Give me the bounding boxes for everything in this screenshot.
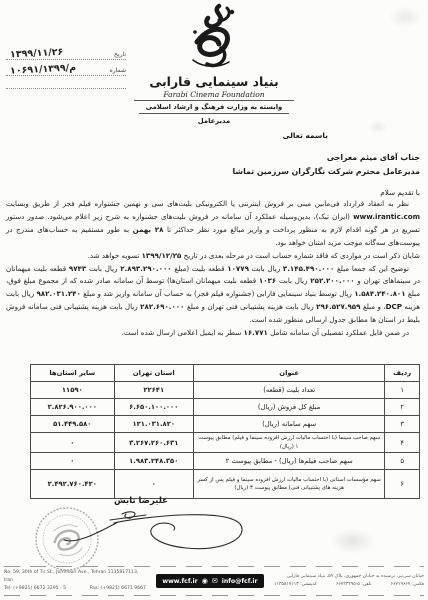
others-value: ۵۱.۴۴۹.۵۸۰ bbox=[31, 416, 115, 433]
postal-code-fa: کدپستی: ۱۱۳۵۸۱۷۱۱۳ bbox=[274, 581, 317, 589]
table-row: ۳ سهم سامانه (ریال) ۱۲۱.۰۳۱.۸۲۰ ۵۱.۴۴۹.۵… bbox=[31, 416, 420, 433]
col-header-title: عنوان bbox=[193, 365, 384, 382]
table-row: ۲ مبلغ کل فروش (ریال) ۶.۶۵۰.۱۰۰.۰۰۰ ۲.۸۲… bbox=[31, 399, 420, 416]
handwritten-signature-icon bbox=[26, 500, 252, 570]
row-number: ۲ bbox=[385, 399, 420, 416]
tel-fa: تلفن: ۵-۶۶۷۲۳۲۹۵ bbox=[336, 581, 372, 589]
email-icon: ✉ bbox=[212, 578, 218, 585]
org-name-en: Farabi Cinema Foundation bbox=[0, 90, 428, 99]
farabi-calligraphy-logo-icon bbox=[183, 2, 245, 76]
tehran-value: ۲۲۶۴۱ bbox=[114, 382, 193, 399]
row-number: ۴ bbox=[385, 433, 420, 453]
basmala: باسمه تعالی bbox=[283, 131, 328, 140]
table-row: ۱ تعداد بلیت (قطعه) ۲۲۶۴۱ ۱۱۵۹۰ bbox=[31, 382, 420, 399]
paragraph-email-note: در ضمن فایل عملکرد تفصیلی آن سامانه شامل… bbox=[6, 327, 420, 340]
tehran-value: ۱.۹۸۳.۲۴۸.۳۵۰ bbox=[114, 453, 193, 470]
letter-page: تاریخ ۱۳۹۹/۱۱/۲۶ شماره ۱۰۶۹۱/م/۱۳۹۹ بنیا… bbox=[0, 0, 428, 600]
letterhead-rule bbox=[134, 100, 294, 101]
signer-role: مدیرعامل bbox=[0, 117, 428, 125]
sales-report-table: ردیف عنوان استان تهران سایر استان‌ها ۱ ت… bbox=[30, 364, 420, 499]
website-banner: www.fcf.ir ◉ ✉ info@fcf.ir bbox=[156, 574, 263, 588]
paragraph-contract: نظر به انعقاد قرارداد فی‌مابین مبنی بر ف… bbox=[6, 198, 420, 250]
row-title: سهم سامانه (ریال) bbox=[193, 416, 384, 433]
org-name-fa: بنیاد سینمایی فارابی bbox=[0, 74, 428, 89]
col-header-row-number: ردیف bbox=[385, 365, 420, 382]
row-number: ۱ bbox=[385, 382, 420, 399]
website-url[interactable]: www.fcf.ir bbox=[162, 578, 197, 585]
address-fa-line: خیابان سی‌تیر، نرسیده به خیابان جمهوری، … bbox=[274, 573, 424, 581]
row-title: سهم صاحب سینما (با احتساب مالیات ارزش اف… bbox=[193, 433, 384, 453]
others-value: ۰ bbox=[31, 433, 115, 453]
fax-en: Fax: (+9821) 6671 9667 bbox=[90, 585, 146, 593]
table-row: ۵ سهم صاحب فیلم‌ها (ریال) - مطابق پیوست … bbox=[31, 453, 420, 470]
others-value: ۱۱۵۹۰ bbox=[31, 382, 115, 399]
paragraph-settlement-note: شایان ذکر است در مواردی که فاقد شماره حس… bbox=[6, 250, 420, 263]
signer-name: علیرضا تابش bbox=[114, 496, 168, 506]
address-en-line: No. 59, 30th of Tir St., Jomhouri Ave., … bbox=[4, 569, 146, 585]
tehran-value: ۳.۲۶۷.۲۶۰.۶۳۱ bbox=[114, 433, 193, 453]
others-value: ۲.۸۲۶.۹۰۰.۰۰۰ bbox=[31, 399, 115, 416]
table-header-row: ردیف عنوان استان تهران سایر استان‌ها bbox=[31, 365, 420, 382]
table-row: ۴ سهم صاحب سینما (با احتساب مالیات ارزش … bbox=[31, 433, 420, 453]
scan-smudge bbox=[330, 528, 376, 554]
globe-icon: ◉ bbox=[202, 578, 208, 585]
row-title: تعداد بلیت (قطعه) bbox=[193, 382, 384, 399]
col-header-other-provinces: سایر استان‌ها bbox=[31, 365, 115, 382]
footer-divider bbox=[4, 566, 424, 567]
footer-divider bbox=[4, 595, 424, 596]
letterhead: بنیاد سینمایی فارابی Farabi Cinema Found… bbox=[0, 2, 428, 125]
footer: No. 59, 30th of Tir St., Jomhouri Ave., … bbox=[0, 566, 428, 596]
tel-en: Tel: (+9821) 6672 3295 - 5 bbox=[4, 585, 66, 593]
letter-body: نظر به انعقاد قرارداد فی‌مابین مبنی بر ف… bbox=[6, 198, 420, 340]
row-number: ۵ bbox=[385, 453, 420, 470]
col-header-tehran: استان تهران bbox=[114, 365, 193, 382]
tehran-value: ۱۲۱.۰۳۱.۸۲۰ bbox=[114, 416, 193, 433]
row-title: سهم صاحب فیلم‌ها (ریال) - مطابق پیوست ۲ bbox=[193, 453, 384, 470]
address-english: No. 59, 30th of Tir St., Jomhouri Ave., … bbox=[4, 569, 146, 593]
salutation: با تقدیم سلام bbox=[380, 188, 420, 197]
email-address[interactable]: info@fcf.ir bbox=[222, 578, 258, 585]
letterhead-rule bbox=[139, 113, 289, 114]
row-number: ۶ bbox=[385, 470, 420, 499]
row-number: ۳ bbox=[385, 416, 420, 433]
paragraph-amounts-detail: توضیح این که جمعا مبلغ ۳.۱۴۵.۴۹۰.۰۰۰ ریا… bbox=[6, 263, 420, 328]
address-farsi: خیابان سی‌تیر، نرسیده به خیابان جمهوری، … bbox=[274, 573, 424, 589]
fax-fa: فکس: ۶۶۷۱۹۶۶۷ bbox=[391, 581, 424, 589]
row-title: مبلغ کل فروش (ریال) bbox=[193, 399, 384, 416]
addressee-block: جناب آقای میثم معراجی مدیرعامل محترم شرک… bbox=[232, 151, 420, 179]
addressee-name: جناب آقای میثم معراجی bbox=[232, 151, 420, 165]
addressee-title: مدیرعامل محترم شرکت نگارگران سرزمین تماش… bbox=[232, 165, 420, 179]
tehran-value: ۶.۶۵۰.۱۰۰.۰۰۰ bbox=[114, 399, 193, 416]
others-value: ۰ bbox=[31, 453, 115, 470]
affiliation-text: وابسته به وزارت فرهنگ و ارشاد اسلامی bbox=[0, 103, 428, 111]
